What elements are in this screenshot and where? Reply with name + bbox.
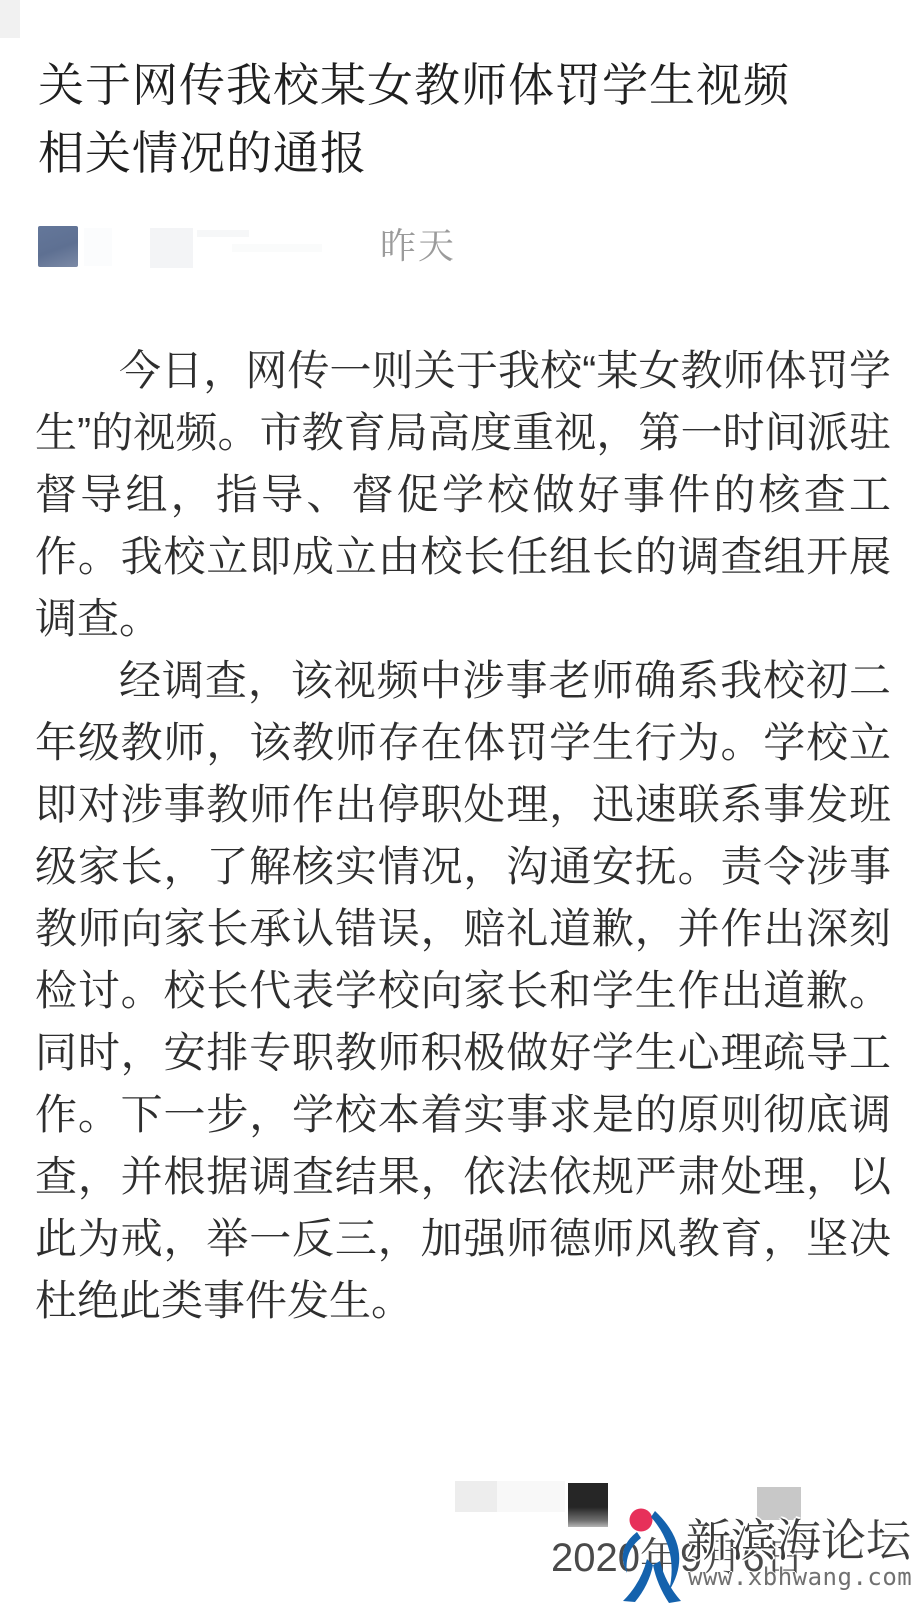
- footer-redaction-box-light: [455, 1481, 497, 1512]
- author-avatar-redacted[interactable]: [38, 226, 78, 267]
- publish-time-label: 昨天: [380, 224, 456, 268]
- author-account-redaction[interactable]: [150, 228, 193, 268]
- watermark-site-name: 新滨海论坛: [686, 1516, 911, 1566]
- article-page: 关于网传我校某女教师体罚学生视频相关情况的通报 昨天 今日，网传一则关于我校“某…: [0, 0, 924, 1605]
- footer-redaction-box-white: [497, 1481, 565, 1512]
- scan-artifact: [0, 0, 20, 38]
- redaction-smear: [232, 244, 322, 252]
- article-paragraph-2: 经调查，该视频中涉事老师确系我校初二年级教师，该教师存在体罚学生行为。学校立即对…: [35, 650, 891, 1332]
- author-name-redaction[interactable]: [84, 228, 112, 266]
- article-paragraph-1: 今日，网传一则关于我校“某女教师体罚学生”的视频。市教育局高度重视，第一时间派驻…: [35, 340, 891, 650]
- redaction-smear: [197, 230, 249, 237]
- article-title: 关于网传我校某女教师体罚学生视频相关情况的通报: [38, 51, 810, 187]
- article-body: 今日，网传一则关于我校“某女教师体罚学生”的视频。市教育局高度重视，第一时间派驻…: [35, 340, 891, 1332]
- watermark-site-url: www.xbhwang.com: [688, 1563, 912, 1591]
